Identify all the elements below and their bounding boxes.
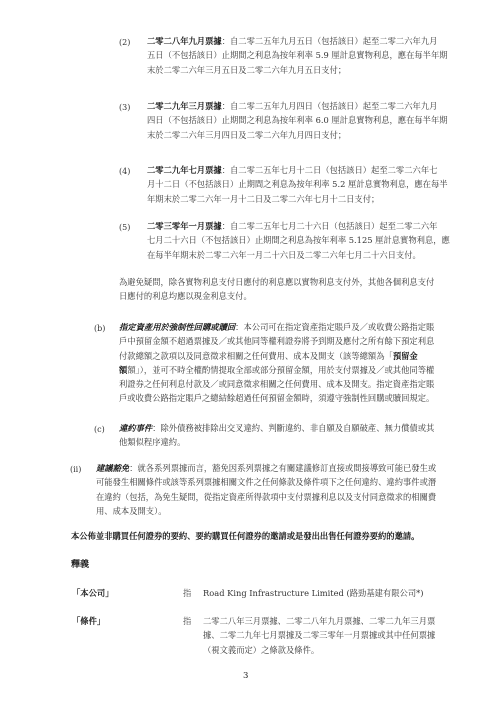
note-number: (2) <box>119 36 130 50</box>
note-text: 在每半年期末於二零二六年一月二十六日及二零二六年七月二十六日支付。 <box>147 248 450 262</box>
page-number: 3 <box>243 669 248 683</box>
note-text: 末於二零二六年三月五日及二零二六年九月五日支付； <box>147 63 448 77</box>
item-text: 用、成本及開支）。 <box>96 504 436 518</box>
definitions-heading: 釋義 <box>71 558 89 572</box>
item-text: 利證券之任何利息付款及／或同意徵求相關之任何費用、成本及開支。指定資產指定賬 <box>119 377 434 391</box>
definition-means: 指 <box>183 614 191 628</box>
definition-line: （視文義而定）之條款及條件。 <box>203 643 435 657</box>
note-text: ：自二零二五年七月十二日（包括該日）起至二零二六年七 <box>222 165 438 175</box>
note-text: 五日（不包括該日）止期間之利息為按年利率 5.9 厘計息實物利息，應在每半年期 <box>147 48 448 62</box>
definition-line: Road King Infrastructure Limited (路勁基建有限… <box>203 586 424 600</box>
avoidance-note: 為避免疑問，除各實物利息支付日應付的利息應以實物利息支付外，其他各個利息支付 日… <box>119 275 434 304</box>
item-number: (b) <box>94 322 105 336</box>
item-text: 額」），並可不時全權酌情提取全部或部分預留金額，用於支付票據及／或其他同等權 <box>127 365 434 375</box>
note-title: 二零二八年九月票據 <box>147 36 222 46</box>
note-text: ：自二零二五年九月五日（包括該日）起至二零二六年九月 <box>222 36 438 46</box>
definition-term: 「條件」 <box>72 614 105 628</box>
note-text: 年期末於二零二六年一月十二日及二零二六年七月十二日支付； <box>147 192 448 206</box>
note-text: 月十二日（不包括該日）止期間之利息為按年利率 5.2 厘計息實物利息，應在每半 <box>147 177 448 191</box>
definition-line: 二零二八年三月票據、二零二八年九月票據、二零二九年三月票 <box>203 614 435 628</box>
note-paragraph: 二零二九年七月票據：自二零二五年七月十二日（包括該日）起至二零二六年七 月十二日… <box>147 163 448 206</box>
item-title: 指定資產用於強制性回購或贖回 <box>119 322 235 332</box>
defined-term: 預留金 <box>393 351 418 361</box>
note-title: 二零二九年七月票據 <box>147 165 222 175</box>
note-title: 二零二九年三月票據 <box>147 101 222 111</box>
item-title: 違約事件 <box>119 423 152 433</box>
note-paragraph: 二零二九年三月票據：自二零二五年九月四日（包括該日）起至二零二六年九月 四日（不… <box>147 99 448 142</box>
item-text: 可能發生相關條件或該等系列票據相關文件之任何條款及條件項下之任何違約、違約事件或… <box>96 475 436 489</box>
item-text: 他類似程序違約。 <box>119 435 434 449</box>
definition-term: 「本公司」 <box>72 586 114 600</box>
note-text: 四日（不包括該日）止期間之利息為按年利率 6.0 厘計息實物利息，應在每半年期 <box>147 113 448 127</box>
item-b-paragraph: 指定資產用於強制性回購或贖回：本公司可在指定資產指定賬戶及／或收費公路指定賬 戶… <box>119 320 434 406</box>
avoidance-line: 日應付的利息均應以現金利息支付。 <box>119 289 434 303</box>
definition-line: 據、二零二九年七月票據及二零三零年一月票據或其中任何票據 <box>203 628 435 642</box>
item-text: ：就各系列票據而言，豁免因系列票據之有關建議修訂直接或間接導致可能已發生或 <box>129 463 436 473</box>
item-c-paragraph: 違約事件：除外債務被排除出交叉違約、判斷違約、非自願及自願破產、無力償債或其 他… <box>119 421 434 450</box>
item-number: (ii) <box>70 463 81 477</box>
disclaimer: 本公佈並非購買任何證券的要約、要約購買任何證券的邀請或是發出出售任何證券要約的邀… <box>71 529 419 543</box>
item-text: ：除外債務被排除出交叉違約、判斷違約、非自願及自願破產、無力償債或其 <box>152 423 434 433</box>
definition-text: 二零二八年三月票據、二零二八年九月票據、二零二九年三月票 據、二零二九年七月票據… <box>203 614 435 657</box>
item-text: 付款總額之款項以及同意徵求相關之任何費用、成本及開支（該等總額為「 <box>119 351 393 361</box>
note-text: ：自二零二五年七月二十六日（包括該日）起至二零二六年 <box>222 221 438 231</box>
item-ii-paragraph: 建議豁免：就各系列票據而言，豁免因系列票據之有關建議修訂直接或間接導致可能已發生… <box>96 461 436 518</box>
item-text: ：本公司可在指定資產指定賬戶及／或收費公路指定賬 <box>235 322 434 332</box>
note-number: (3) <box>119 101 130 115</box>
item-text: 在違約（包括，為免生疑問，從指定資產所得款項中支付票據利息以及支付同意徵求的相關… <box>96 490 436 504</box>
note-text: ：自二零二五年九月四日（包括該日）起至二零二六年九月 <box>222 101 438 111</box>
definition-means: 指 <box>183 586 191 600</box>
definition-text: Road King Infrastructure Limited (路勁基建有限… <box>203 586 424 600</box>
item-text: 戶中預留金額不超過票據及／或其他同等權利證券將予到期及應付之所有餘下預定利息 <box>119 334 434 348</box>
note-number: (5) <box>119 221 130 235</box>
item-number: (c) <box>94 423 105 437</box>
note-text: 末於二零二六年三月四日及二零二六年九月四日支付； <box>147 128 448 142</box>
note-paragraph: 二零二八年九月票據：自二零二五年九月五日（包括該日）起至二零二六年九月 五日（不… <box>147 34 448 77</box>
avoidance-line: 為避免疑問，除各實物利息支付日應付的利息應以實物利息支付外，其他各個利息支付 <box>119 275 434 289</box>
note-title: 二零三零年一月票據 <box>147 221 222 231</box>
item-title: 建議豁免 <box>96 463 129 473</box>
note-text: 七月二十六日（不包括該日）止期間之利息為按年利率 5.125 厘計息實物利息，應 <box>147 233 450 247</box>
item-text: 戶或收費公路指定賬戶之總結餘超過任何預留金額時，須遵守強制性回購或贖回規定。 <box>119 391 434 405</box>
note-paragraph: 二零三零年一月票據：自二零二五年七月二十六日（包括該日）起至二零二六年 七月二十… <box>147 219 450 262</box>
note-number: (4) <box>119 165 130 179</box>
